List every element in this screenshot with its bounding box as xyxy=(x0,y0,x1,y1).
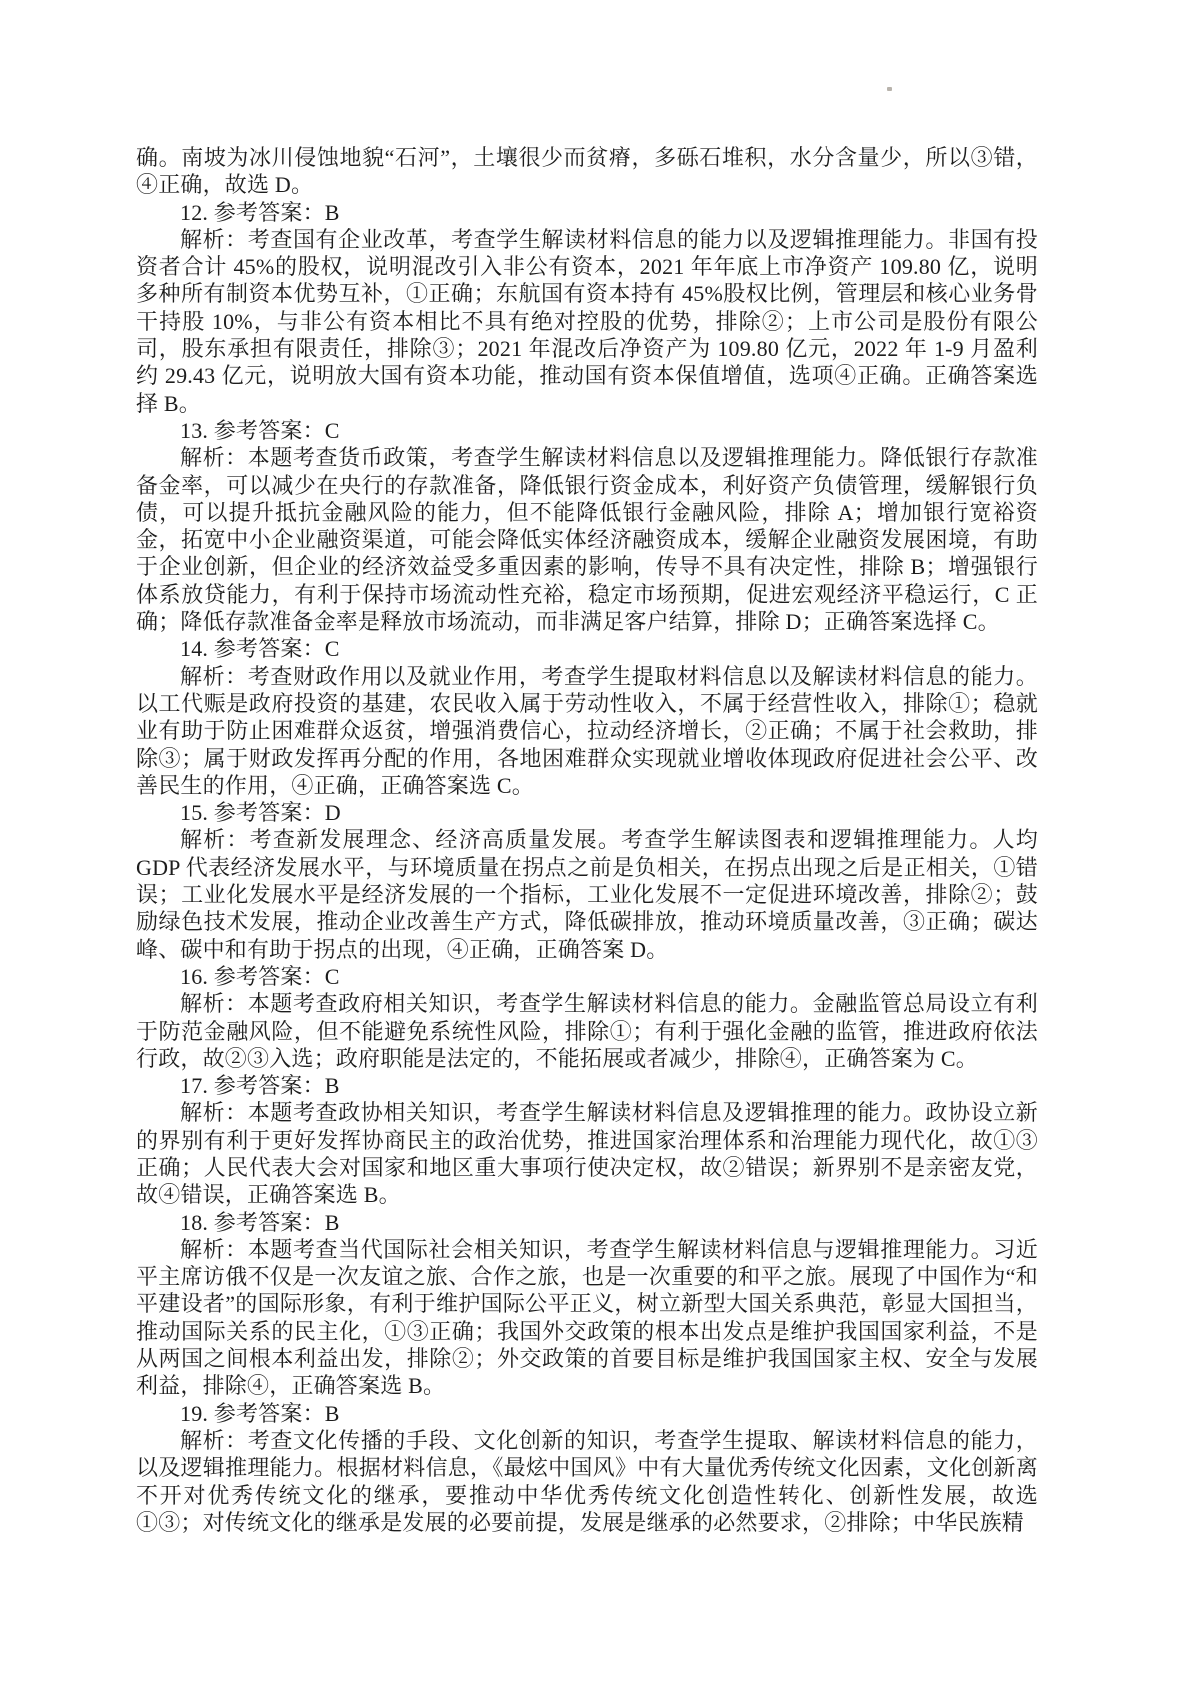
explanation-paragraph: 解析：考查新发展理念、经济高质量发展。考查学生解读图表和逻辑推理能力。人均 GD… xyxy=(136,826,1038,962)
answer-heading-line: 18. 参考答案：B xyxy=(136,1209,1038,1236)
explanation-paragraph: 解析：本题考查当代国际社会相关知识，考查学生解读材料信息与逻辑推理能力。习近平主… xyxy=(136,1236,1038,1400)
answer-heading-line: 15. 参考答案：D xyxy=(136,799,1038,826)
answer-heading-line: 16. 参考答案：C xyxy=(136,963,1038,990)
answer-heading-line: 17. 参考答案：B xyxy=(136,1072,1038,1099)
explanation-paragraph: 解析：考查财政作用以及就业作用，考查学生提取材料信息以及解读材料信息的能力。以工… xyxy=(136,663,1038,799)
explanation-paragraph: 解析：本题考查政协相关知识，考查学生解读材料信息及逻辑推理的能力。政协设立新的界… xyxy=(136,1099,1038,1208)
scan-artifact-dot xyxy=(887,87,892,91)
explanation-paragraph: 解析：本题考查政府相关知识，考查学生解读材料信息的能力。金融监管总局设立有利于防… xyxy=(136,990,1038,1072)
continued-paragraph: 确。南坡为冰川侵蚀地貌“石河”，土壤很少而贫瘠，多砾石堆积，水分含量少，所以③错… xyxy=(136,144,1038,199)
answer-heading-line: 19. 参考答案：B xyxy=(136,1400,1038,1427)
explanation-paragraph: 解析：考查文化传播的手段、文化创新的知识，考查学生提取、解读材料信息的能力，以及… xyxy=(136,1427,1038,1536)
answer-heading-line: 13. 参考答案：C xyxy=(136,417,1038,444)
answer-heading-line: 12. 参考答案：B xyxy=(136,199,1038,226)
explanation-paragraph: 解析：本题考查货币政策，考查学生解读材料信息以及逻辑推理能力。降低银行存款准备金… xyxy=(136,444,1038,635)
explanation-paragraph: 解析：考查国有企业改革，考查学生解读材料信息的能力以及逻辑推理能力。非国有投资者… xyxy=(136,226,1038,417)
document-page: 确。南坡为冰川侵蚀地貌“石河”，土壤很少而贫瘠，多砾石堆积，水分含量少，所以③错… xyxy=(0,0,1200,1698)
answer-key-text-block: 确。南坡为冰川侵蚀地貌“石河”，土壤很少而贫瘠，多砾石堆积，水分含量少，所以③错… xyxy=(136,144,1038,1536)
answer-heading-line: 14. 参考答案：C xyxy=(136,635,1038,662)
